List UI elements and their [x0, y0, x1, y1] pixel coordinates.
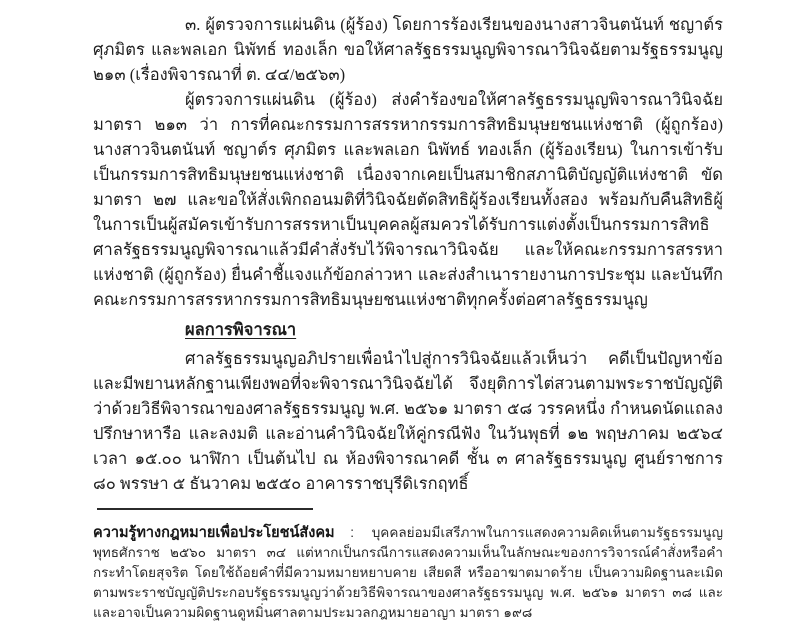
text-line: มาตรา ๒๗ และขอให้สั่งเพิกถอนมติที่วินิจฉ… [93, 187, 723, 212]
text-line: ปรึกษาหารือ และลงมติ และอ่านคำวินิจฉัยให… [93, 421, 723, 446]
text-line: นางสาวจินตนันท์ ชญาต์ร ศุภมิตร และพลเอก … [93, 137, 723, 162]
footer-text-line: และอาจเป็นความผิดฐานดูหมิ่นศาลตามประมวลก… [93, 603, 723, 623]
text-line: ๘๐ พรรษา ๕ ธันวาคม ๒๕๕๐ อาคารราชบุรีดิเร… [93, 471, 723, 496]
footer-text-line: ความรู้ทางกฎหมายเพื่อประโยชน์สังคม : บุค… [93, 523, 723, 543]
text-line: แห่งชาติ (ผู้ถูกร้อง) ยื่นคำชี้แจงแก้ข้อ… [93, 262, 723, 287]
result-section-heading: ผลการพิจารณา [93, 317, 723, 342]
footer-divider [97, 508, 313, 510]
text-line: ว่าด้วยวิธีพิจารณาของศาลรัฐธรรมนูญ พ.ศ. … [93, 396, 723, 421]
scanned-document-page: ๓. ผู้ตรวจการแผ่นดิน (ผู้ร้อง) โดยการร้อ… [0, 0, 800, 633]
text-line: ศุภมิตร และพลเอก นิพัทธ์ ทองเล็ก ขอให้ศา… [93, 37, 723, 62]
text-line: ๓. ผู้ตรวจการแผ่นดิน (ผู้ร้อง) โดยการร้อ… [93, 12, 723, 37]
footer-text-line: กระทำโดยสุจริต โดยใช้ถ้อยคำที่มีความหมาย… [93, 563, 723, 583]
text-line: ผู้ตรวจการแผ่นดิน (ผู้ร้อง) ส่งคำร้องขอใ… [93, 87, 723, 112]
text-line: ๒๑๓ (เรื่องพิจารณาที่ ต. ๔๔/๒๕๖๓) [93, 62, 723, 87]
text-line: ในการเป็นผู้สมัครเข้ารับการสรรหาเป็นบุคค… [93, 212, 723, 237]
text-line: ศาลรัฐธรรมนูญพิจารณาแล้วมีคำสั่งรับไว้พิ… [93, 237, 723, 262]
text-line: มาตรา ๒๑๓ ว่า การที่คณะกรรมการสรรหากรรมก… [93, 112, 723, 137]
footer-text-line: ตามพระราชบัญญัติประกอบรัฐธรรมนูญว่าด้วยว… [93, 583, 723, 603]
case-heading-paragraph: ๓. ผู้ตรวจการแผ่นดิน (ผู้ร้อง) โดยการร้อ… [93, 12, 723, 87]
legal-note-colon: : [350, 523, 354, 543]
legal-knowledge-note: ความรู้ทางกฎหมายเพื่อประโยชน์สังคม : บุค… [93, 523, 723, 623]
result-heading-text: ผลการพิจารณา [185, 317, 296, 342]
case-details-paragraph: ผู้ตรวจการแผ่นดิน (ผู้ร้อง) ส่งคำร้องขอใ… [93, 87, 723, 312]
text-line: เวลา ๑๕.๐๐ นาฬิกา เป็นต้นไป ณ ห้องพิจารณ… [93, 446, 723, 471]
footer-text-line: พุทธศักราช ๒๕๖๐ มาตรา ๓๔ แต่หากเป็นกรณีก… [93, 543, 723, 563]
text-line: ศาลรัฐธรรมนูญอภิปรายเพื่อนำไปสู่การวินิจ… [93, 346, 723, 371]
legal-note-label: ความรู้ทางกฎหมายเพื่อประโยชน์สังคม [93, 525, 335, 541]
result-paragraph: ศาลรัฐธรรมนูญอภิปรายเพื่อนำไปสู่การวินิจ… [93, 346, 723, 496]
text-line: เป็นกรรมการสิทธิมนุษยชนแห่งชาติ เนื่องจา… [93, 162, 723, 187]
text-line: คณะกรรมการสรรหากรรมการสิทธิมนุษยชนแห่งชา… [93, 287, 723, 312]
text-line: และมีพยานหลักฐานเพียงพอที่จะพิจารณาวินิจ… [93, 371, 723, 396]
